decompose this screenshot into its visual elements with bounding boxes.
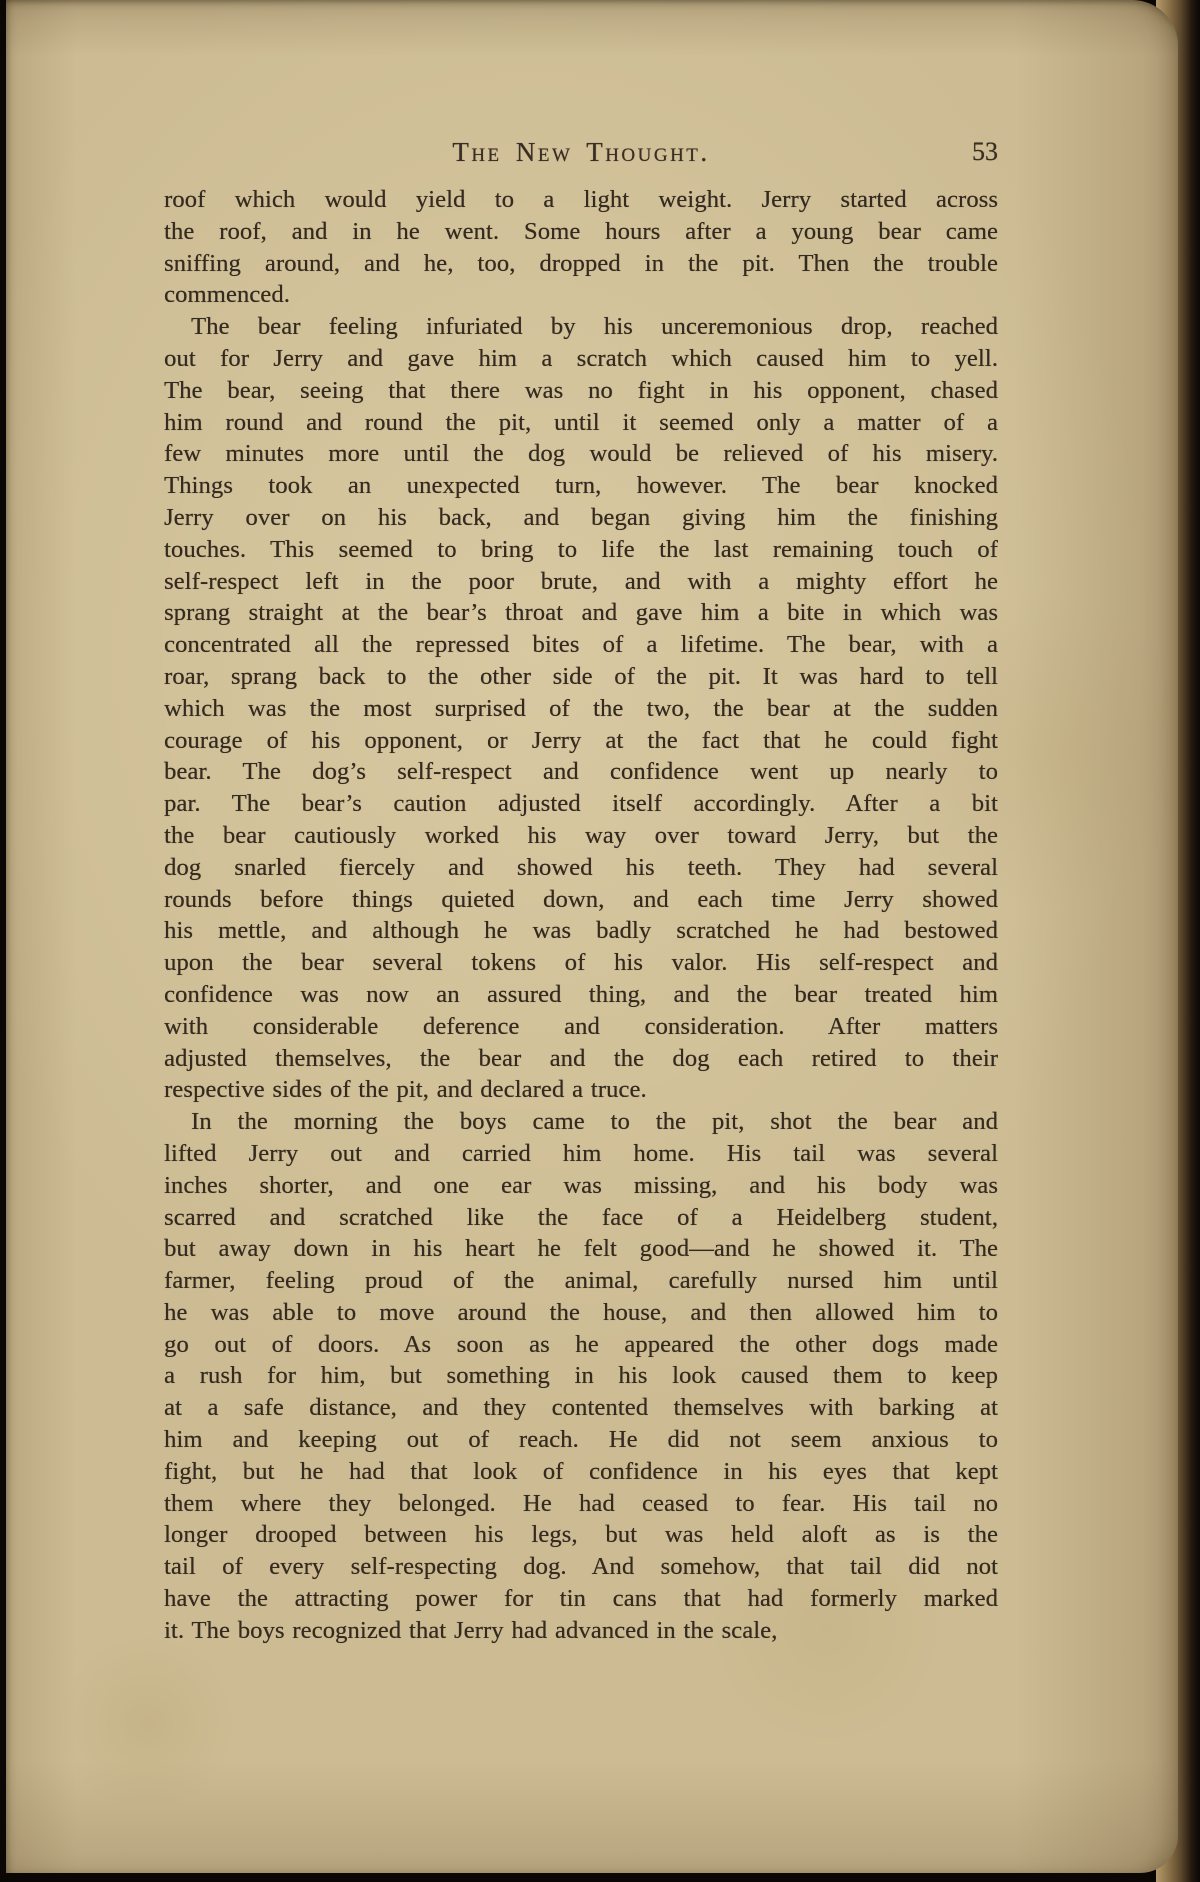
text-line: adjusted themselves, the bear and the do… <box>164 1043 998 1075</box>
text-line: at a safe distance, and they contented t… <box>164 1392 998 1424</box>
text-line: commenced. <box>164 279 998 311</box>
text-line: it. The boys recognized that Jerry had a… <box>164 1615 998 1647</box>
text-line: The bear feeling infuriated by his uncer… <box>164 311 998 343</box>
text-line: a rush for him, but something in his loo… <box>164 1360 998 1392</box>
text-line: upon the bear several tokens of his valo… <box>164 947 998 979</box>
text-line: out for Jerry and gave him a scratch whi… <box>164 343 998 375</box>
text-line: confidence was now an assured thing, and… <box>164 979 998 1011</box>
text-line: sprang straight at the bear’s throat and… <box>164 597 998 629</box>
page-number: 53 <box>972 136 998 168</box>
running-title: The New Thought. <box>164 136 998 168</box>
text-line: sniffing around, and he, too, dropped in… <box>164 248 998 280</box>
paragraph: roof which would yield to a light weight… <box>164 184 998 311</box>
text-line: longer drooped between his legs, but was… <box>164 1519 998 1551</box>
text-line: dog snarled fiercely and showed his teet… <box>164 852 998 884</box>
text-line: he was able to move around the house, an… <box>164 1297 998 1329</box>
text-line: Things took an unexpected turn, however.… <box>164 470 998 502</box>
paragraph: The bear feeling infuriated by his uncer… <box>164 311 998 1106</box>
text-line: go out of doors. As soon as he appeared … <box>164 1329 998 1361</box>
text-line: roar, sprang back to the other side of t… <box>164 661 998 693</box>
text-line: the bear cautiously worked his way over … <box>164 820 998 852</box>
paragraph: In the morning the boys came to the pit,… <box>164 1106 998 1647</box>
text-line: lifted Jerry out and carried him home. H… <box>164 1138 998 1170</box>
text-line: him round and round the pit, until it se… <box>164 407 998 439</box>
body-text: roof which would yield to a light weight… <box>164 184 998 1647</box>
text-line: fight, but he had that look of confidenc… <box>164 1456 998 1488</box>
text-line: inches shorter, and one ear was missing,… <box>164 1170 998 1202</box>
text-line: farmer, feeling proud of the animal, car… <box>164 1265 998 1297</box>
page-header: The New Thought. 53 <box>164 136 998 168</box>
text-line: Jerry over on his back, and began giving… <box>164 502 998 534</box>
text-line: but away down in his heart he felt good—… <box>164 1233 998 1265</box>
text-line: him and keeping out of reach. He did not… <box>164 1424 998 1456</box>
text-line: rounds before things quieted down, and e… <box>164 884 998 916</box>
text-line: the roof, and in he went. Some hours aft… <box>164 216 998 248</box>
text-line: touches. This seemed to bring to life th… <box>164 534 998 566</box>
text-line: bear. The dog’s self-respect and confide… <box>164 756 998 788</box>
text-line: which was the most surprised of the two,… <box>164 693 998 725</box>
text-line: his mettle, and although he was badly sc… <box>164 915 998 947</box>
text-line: par. The bear’s caution adjusted itself … <box>164 788 998 820</box>
text-line: scarred and scratched like the face of a… <box>164 1202 998 1234</box>
text-line: tail of every self-respecting dog. And s… <box>164 1551 998 1583</box>
text-line: roof which would yield to a light weight… <box>164 184 998 216</box>
text-line: concentrated all the repressed bites of … <box>164 629 998 661</box>
text-line: In the morning the boys came to the pit,… <box>164 1106 998 1138</box>
text-line: self-respect left in the poor brute, and… <box>164 566 998 598</box>
text-line: The bear, seeing that there was no fight… <box>164 375 998 407</box>
text-line: have the attracting power for tin cans t… <box>164 1583 998 1615</box>
text-line: respective sides of the pit, and declare… <box>164 1074 998 1106</box>
text-line: with considerable deference and consider… <box>164 1011 998 1043</box>
book-page: The New Thought. 53 roof which would yie… <box>6 0 1178 1873</box>
text-line: few minutes more until the dog would be … <box>164 438 998 470</box>
text-line: them where they belonged. He had ceased … <box>164 1488 998 1520</box>
text-line: courage of his opponent, or Jerry at the… <box>164 725 998 757</box>
scan-background: The New Thought. 53 roof which would yie… <box>0 0 1200 1882</box>
